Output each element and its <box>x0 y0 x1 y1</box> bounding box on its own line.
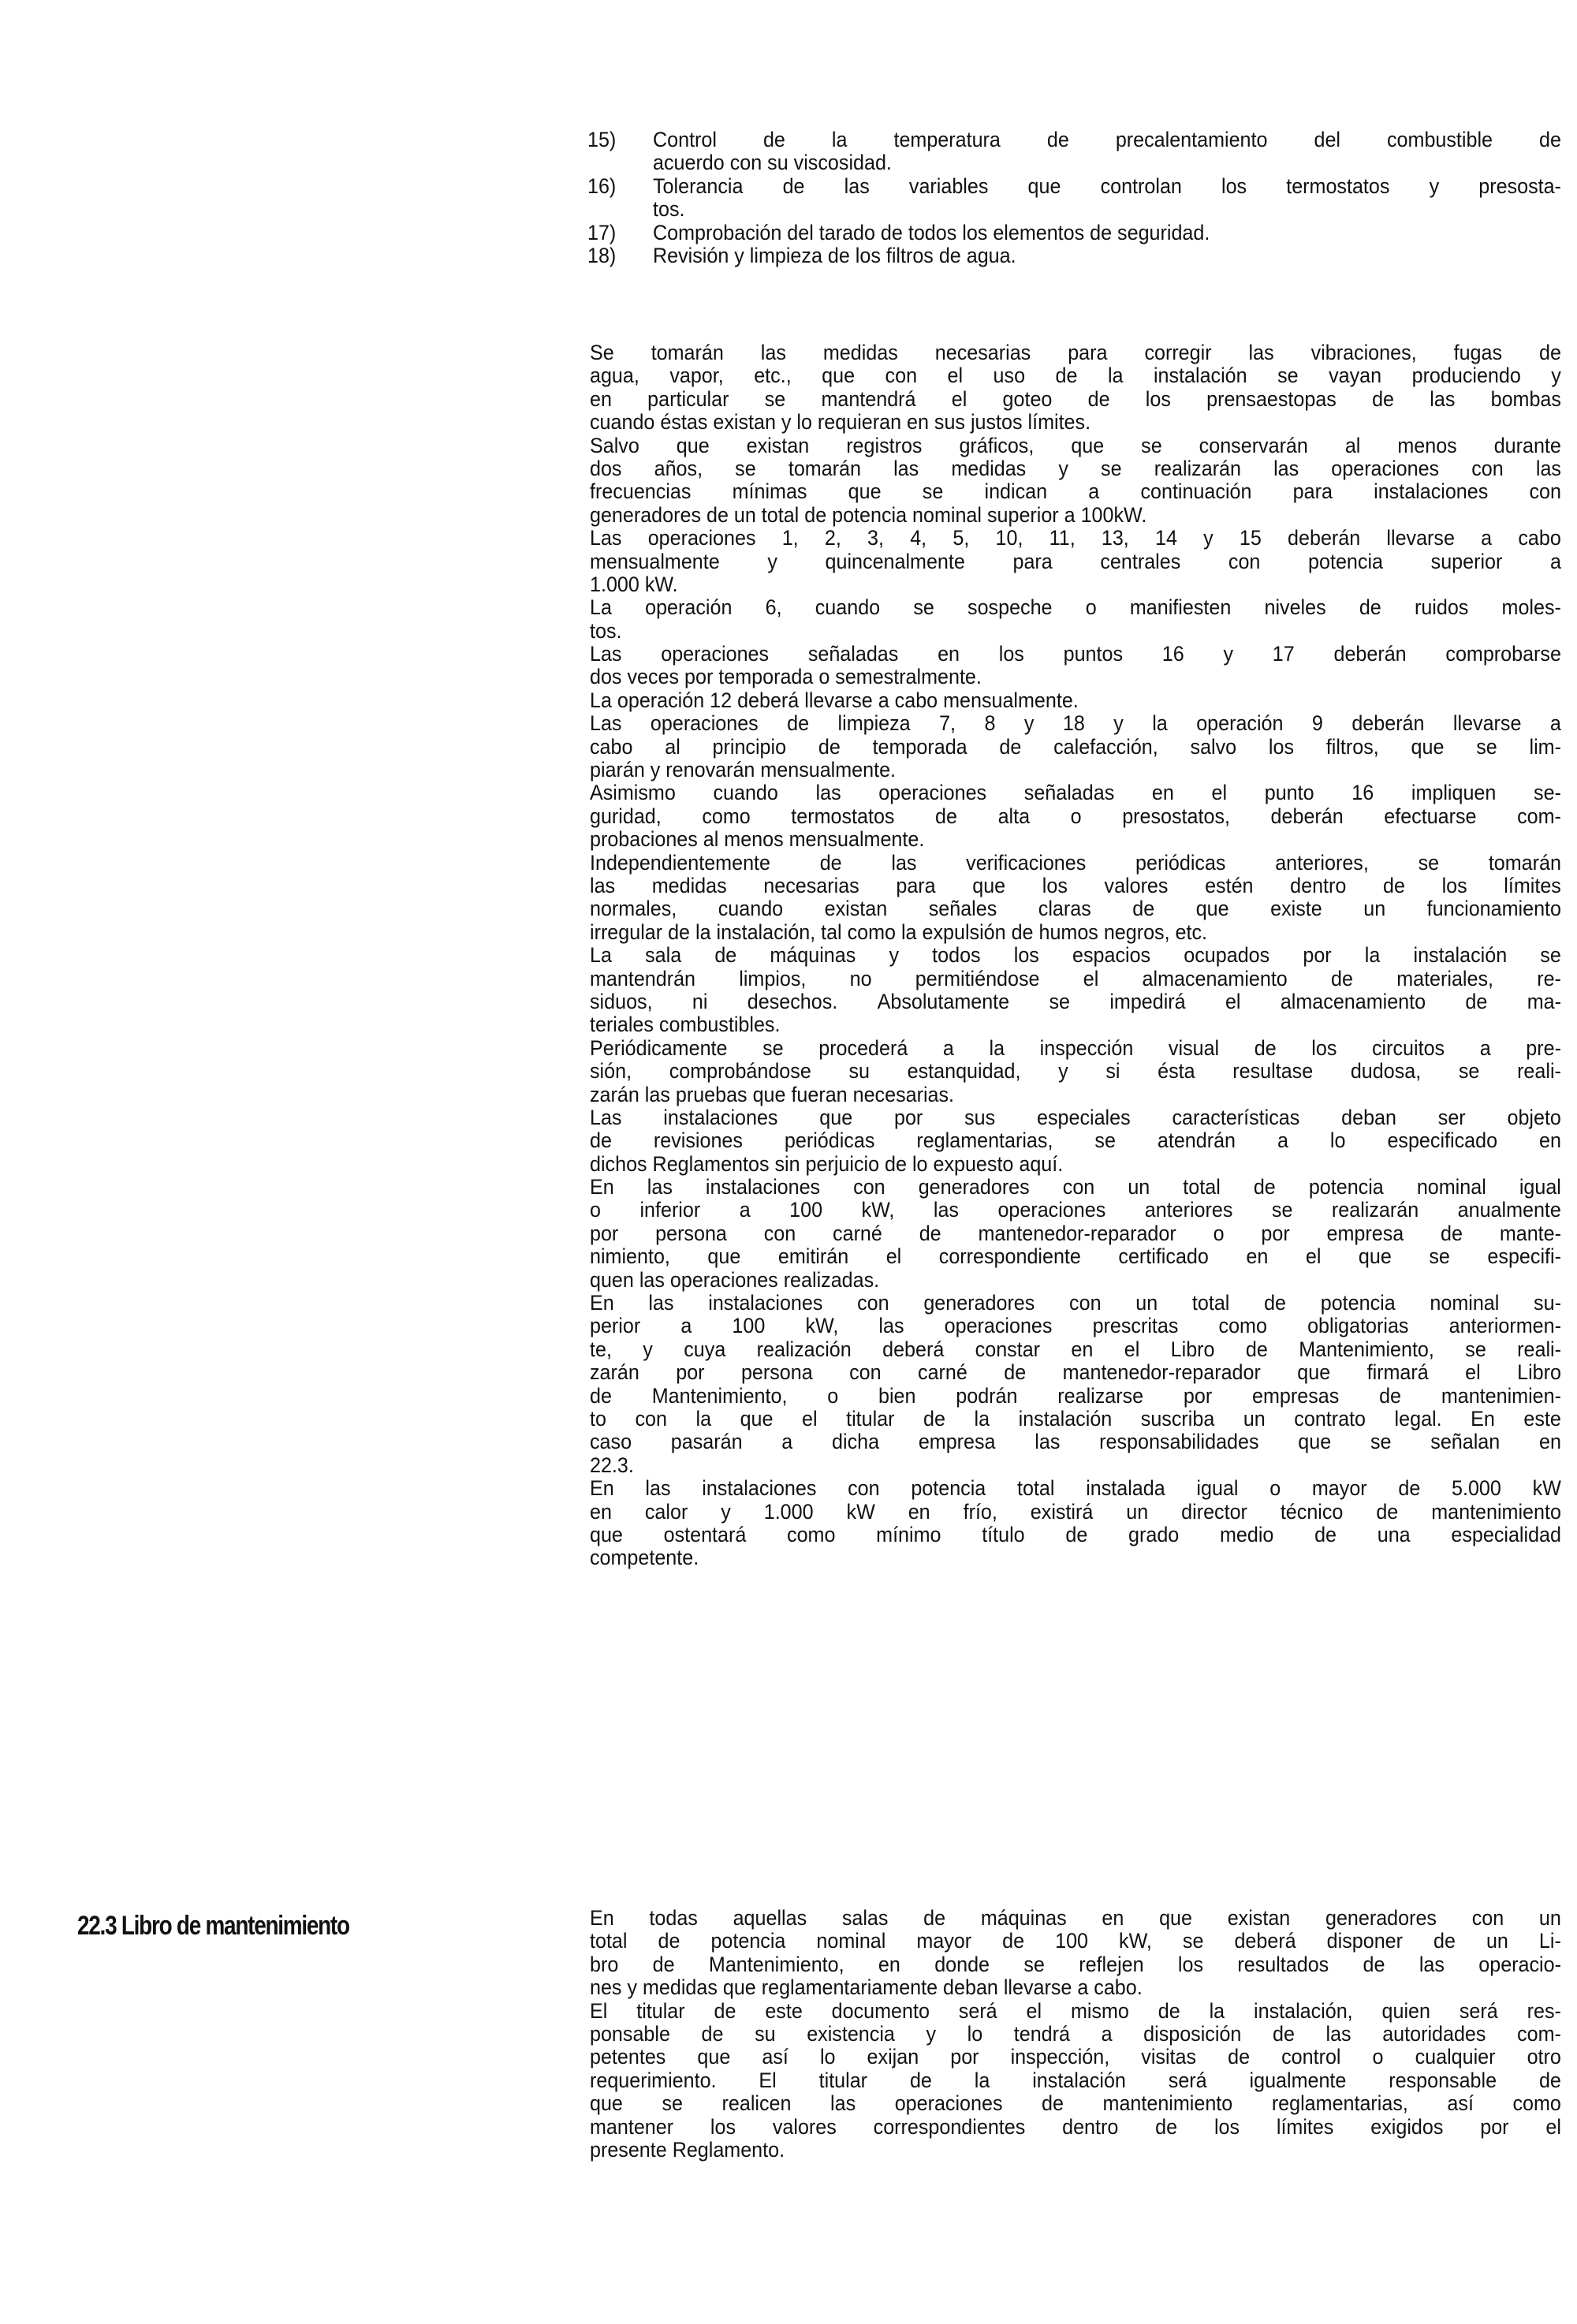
text-line: Laoperación6,cuandosesospecheomanifieste… <box>590 596 1561 619</box>
text-line: acuerdo con su viscosidad. <box>653 151 1561 174</box>
text-line: dichos Reglamentos sin perjuicio de lo e… <box>590 1153 1493 1176</box>
paragraph: Lasoperacionesdelimpieza7,8y18ylaoperaci… <box>590 712 1561 782</box>
text-line: dos veces por temporada o semestralmente… <box>590 666 1493 688</box>
text-line: mantenerlosvalorescorrespondientesdentro… <box>590 2116 1561 2139</box>
text-line: petentesqueasíloexijanporinspección,visi… <box>590 2046 1561 2068</box>
maintenance-body-text: Setomaránlasmedidasnecesariasparacorregi… <box>590 341 1561 1570</box>
text-line: tos. <box>590 620 1493 643</box>
list-item-number: 16) <box>587 175 648 222</box>
text-line: Enlasinstalacionesconpotenciatotalinstal… <box>590 1477 1561 1500</box>
paragraph: Salvoqueexistanregistrosgráficos,queseco… <box>590 435 1561 528</box>
paragraph: Lasoperacionesseñaladasenlospuntos16y17d… <box>590 643 1561 689</box>
text-line: Lasoperacionesseñaladasenlospuntos16y17d… <box>590 643 1561 666</box>
text-line: nes y medidas que reglamentariamente deb… <box>590 1976 1493 1999</box>
text-line: Setomaránlasmedidasnecesariasparacorregi… <box>590 341 1561 364</box>
paragraph: Enlasinstalacionesconpotenciatotalinstal… <box>590 1477 1561 1570</box>
text-line: Independientementedelasverificacionesper… <box>590 852 1561 875</box>
text-line: cuando éstas existan y lo requieran en s… <box>590 411 1493 434</box>
text-line: Salvoqueexistanregistrosgráficos,queseco… <box>590 435 1561 457</box>
text-line: Periódicamenteseprocederáalainspecciónvi… <box>590 1037 1561 1060</box>
text-line: La operación 12 deberá llevarse a cabo m… <box>590 689 1493 712</box>
paragraph: Enlasinstalacionescongeneradoresconuntot… <box>590 1176 1561 1292</box>
paragraph: Independientementedelasverificacionesper… <box>590 852 1561 945</box>
list-item-number: 18) <box>587 244 648 267</box>
text-line: derevisionesperiódicasreglamentarias,sea… <box>590 1129 1561 1152</box>
text-line: 22.3. <box>590 1454 1493 1477</box>
text-line: irregular de la instalación, tal como la… <box>590 921 1493 944</box>
paragraph: Entodasaquellassalasdemáquinasenqueexist… <box>590 1907 1561 2000</box>
paragraph: Setomaránlasmedidasnecesariasparacorregi… <box>590 341 1561 435</box>
text-line: Lasalademáquinasytodoslosespaciosocupado… <box>590 944 1561 967</box>
maintenance-operations-list: 15)Controldelatemperaturadeprecalentamie… <box>587 129 1561 267</box>
text-line: presente Reglamento. <box>590 2139 1493 2162</box>
list-item-number: 15) <box>587 129 648 175</box>
text-line: Enlasinstalacionescongeneradoresconuntot… <box>590 1176 1561 1199</box>
text-line: 1.000 kW. <box>590 573 1493 596</box>
text-line: tos. <box>653 198 1561 221</box>
text-line: Eltitulardeestedocumentoseráelmismodelai… <box>590 2000 1561 2023</box>
text-line: enparticularsemantendráelgoteodelosprens… <box>590 388 1561 411</box>
list-item-text: Comprobación del tarado de todos los ele… <box>653 222 1577 244</box>
list-item-number: 17) <box>587 222 648 244</box>
text-line: ponsabledesuexistenciaylotendráadisposic… <box>590 2023 1561 2046</box>
text-line: Lasoperacionesdelimpieza7,8y18ylaoperaci… <box>590 712 1561 735</box>
text-line: Entodasaquellassalasdemáquinasenqueexist… <box>590 1907 1561 1930</box>
text-line: probaciones al menos mensualmente. <box>590 828 1493 851</box>
text-line: caboalprincipiodetemporadadecalefacción,… <box>590 736 1561 759</box>
text-line: queostentarácomomínimotítulodegradomedio… <box>590 1524 1561 1546</box>
text-line: normales,cuandoexistanseñalesclarasdeque… <box>590 897 1561 920</box>
paragraph: Enlasinstalacionescongeneradoresconuntot… <box>590 1292 1561 1477</box>
list-item-text: Controldelatemperaturadeprecalentamiento… <box>653 129 1577 175</box>
text-line: dosaños,setomaránlasmedidasyserealizarán… <box>590 457 1561 480</box>
paragraph: Asimismocuandolasoperacionesseñaladasene… <box>590 782 1561 851</box>
text-line: guridad,comotermostatosdealtaopresostato… <box>590 805 1561 828</box>
text-line: siduos,nidesechos.Absolutamenteseimpedir… <box>590 990 1561 1013</box>
text-line: mensualmenteyquincenalmenteparacentrales… <box>590 550 1561 573</box>
text-line: deMantenimiento,obienpodránrealizarsepor… <box>590 1385 1561 1408</box>
text-line: lasmedidasnecesariasparaquelosvaloresest… <box>590 875 1561 897</box>
text-line: teriales combustibles. <box>590 1013 1493 1036</box>
paragraph: Periódicamenteseprocederáalainspecciónvi… <box>590 1037 1561 1106</box>
text-line: te,ycuyarealizacióndeberáconstarenelLibr… <box>590 1338 1561 1361</box>
text-line: Toleranciadelasvariablesquecontrolanlost… <box>653 175 1561 198</box>
text-line: piarán y renovarán mensualmente. <box>590 759 1493 782</box>
text-line: oinferiora100kW,lasoperacionesanteriores… <box>590 1199 1561 1222</box>
text-line: queserealicenlasoperacionesdemantenimien… <box>590 2092 1561 2115</box>
text-line: toconlaqueeltitulardelainstalaciónsuscri… <box>590 1408 1561 1431</box>
list-item-text: Revisión y limpieza de los filtros de ag… <box>653 244 1577 267</box>
list-item-text: Toleranciadelasvariablesquecontrolanlost… <box>653 175 1577 222</box>
paragraph: Lasoperaciones1,2,3,4,5,10,11,13,14y15de… <box>590 527 1561 596</box>
paragraph: Lasalademáquinasytodoslosespaciosocupado… <box>590 944 1561 1037</box>
section-22-3-body: Entodasaquellassalasdemáquinasenqueexist… <box>590 1907 1561 2162</box>
text-line: periora100kW,lasoperacionesprescritascom… <box>590 1315 1561 1337</box>
paragraph: La operación 12 deberá llevarse a cabo m… <box>590 689 1561 712</box>
text-line: competente. <box>590 1546 1493 1569</box>
list-item: 15)Controldelatemperaturadeprecalentamie… <box>587 129 1561 175</box>
list-item: 16)Toleranciadelasvariablesquecontrolanl… <box>587 175 1561 222</box>
text-line: Lasinstalacionesqueporsusespecialescarac… <box>590 1106 1561 1129</box>
text-line: Controldelatemperaturadeprecalentamiento… <box>653 129 1561 151</box>
text-line: sión,comprobándosesuestanquidad,ysiéstar… <box>590 1060 1561 1083</box>
list-item: 18)Revisión y limpieza de los filtros de… <box>587 244 1561 267</box>
text-line: Enlasinstalacionescongeneradoresconuntot… <box>590 1292 1561 1315</box>
list-item: 17)Comprobación del tarado de todos los … <box>587 222 1561 244</box>
text-line: generadores de un total de potencia nomi… <box>590 504 1493 527</box>
text-line: casopasaránadichaempresalasresponsabilid… <box>590 1431 1561 1453</box>
paragraph: Eltitulardeestedocumentoseráelmismodelai… <box>590 2000 1561 2162</box>
text-line: quen las operaciones realizadas. <box>590 1269 1493 1292</box>
text-line: Asimismocuandolasoperacionesseñaladasene… <box>590 782 1561 804</box>
text-line: zarán las pruebas que fueran necesarias. <box>590 1084 1493 1106</box>
text-line: brodeMantenimiento,endondesereflejenlosr… <box>590 1953 1561 1976</box>
text-line: agua,vapor,etc.,queconelusodelainstalaci… <box>590 364 1561 387</box>
text-line: nimiento,queemitiránelcorrespondientecer… <box>590 1245 1561 1268</box>
text-line: Revisión y limpieza de los filtros de ag… <box>653 244 1561 267</box>
text-line: frecuenciasmínimasqueseindicanacontinuac… <box>590 480 1561 503</box>
text-line: Comprobación del tarado de todos los ele… <box>653 222 1561 244</box>
text-line: Lasoperaciones1,2,3,4,5,10,11,13,14y15de… <box>590 527 1561 550</box>
section-heading: 22.3 Libro de mantenimiento <box>77 1911 349 1942</box>
text-line: totaldepotencianominalmayorde100kW,sedeb… <box>590 1930 1561 1953</box>
text-line: porpersonaconcarnédemantenedor-reparador… <box>590 1222 1561 1245</box>
text-line: mantendránlimpios,nopermitiéndoseelalmac… <box>590 968 1561 990</box>
text-line: zaránporpersonaconcarnédemantenedor-repa… <box>590 1361 1561 1384</box>
paragraph: Laoperación6,cuandosesospecheomanifieste… <box>590 596 1561 643</box>
text-line: requerimiento.Eltitulardelainstalaciónse… <box>590 2069 1561 2092</box>
text-line: encalory1.000kWenfrío,existiráundirector… <box>590 1501 1561 1524</box>
paragraph: Lasinstalacionesqueporsusespecialescarac… <box>590 1106 1561 1176</box>
